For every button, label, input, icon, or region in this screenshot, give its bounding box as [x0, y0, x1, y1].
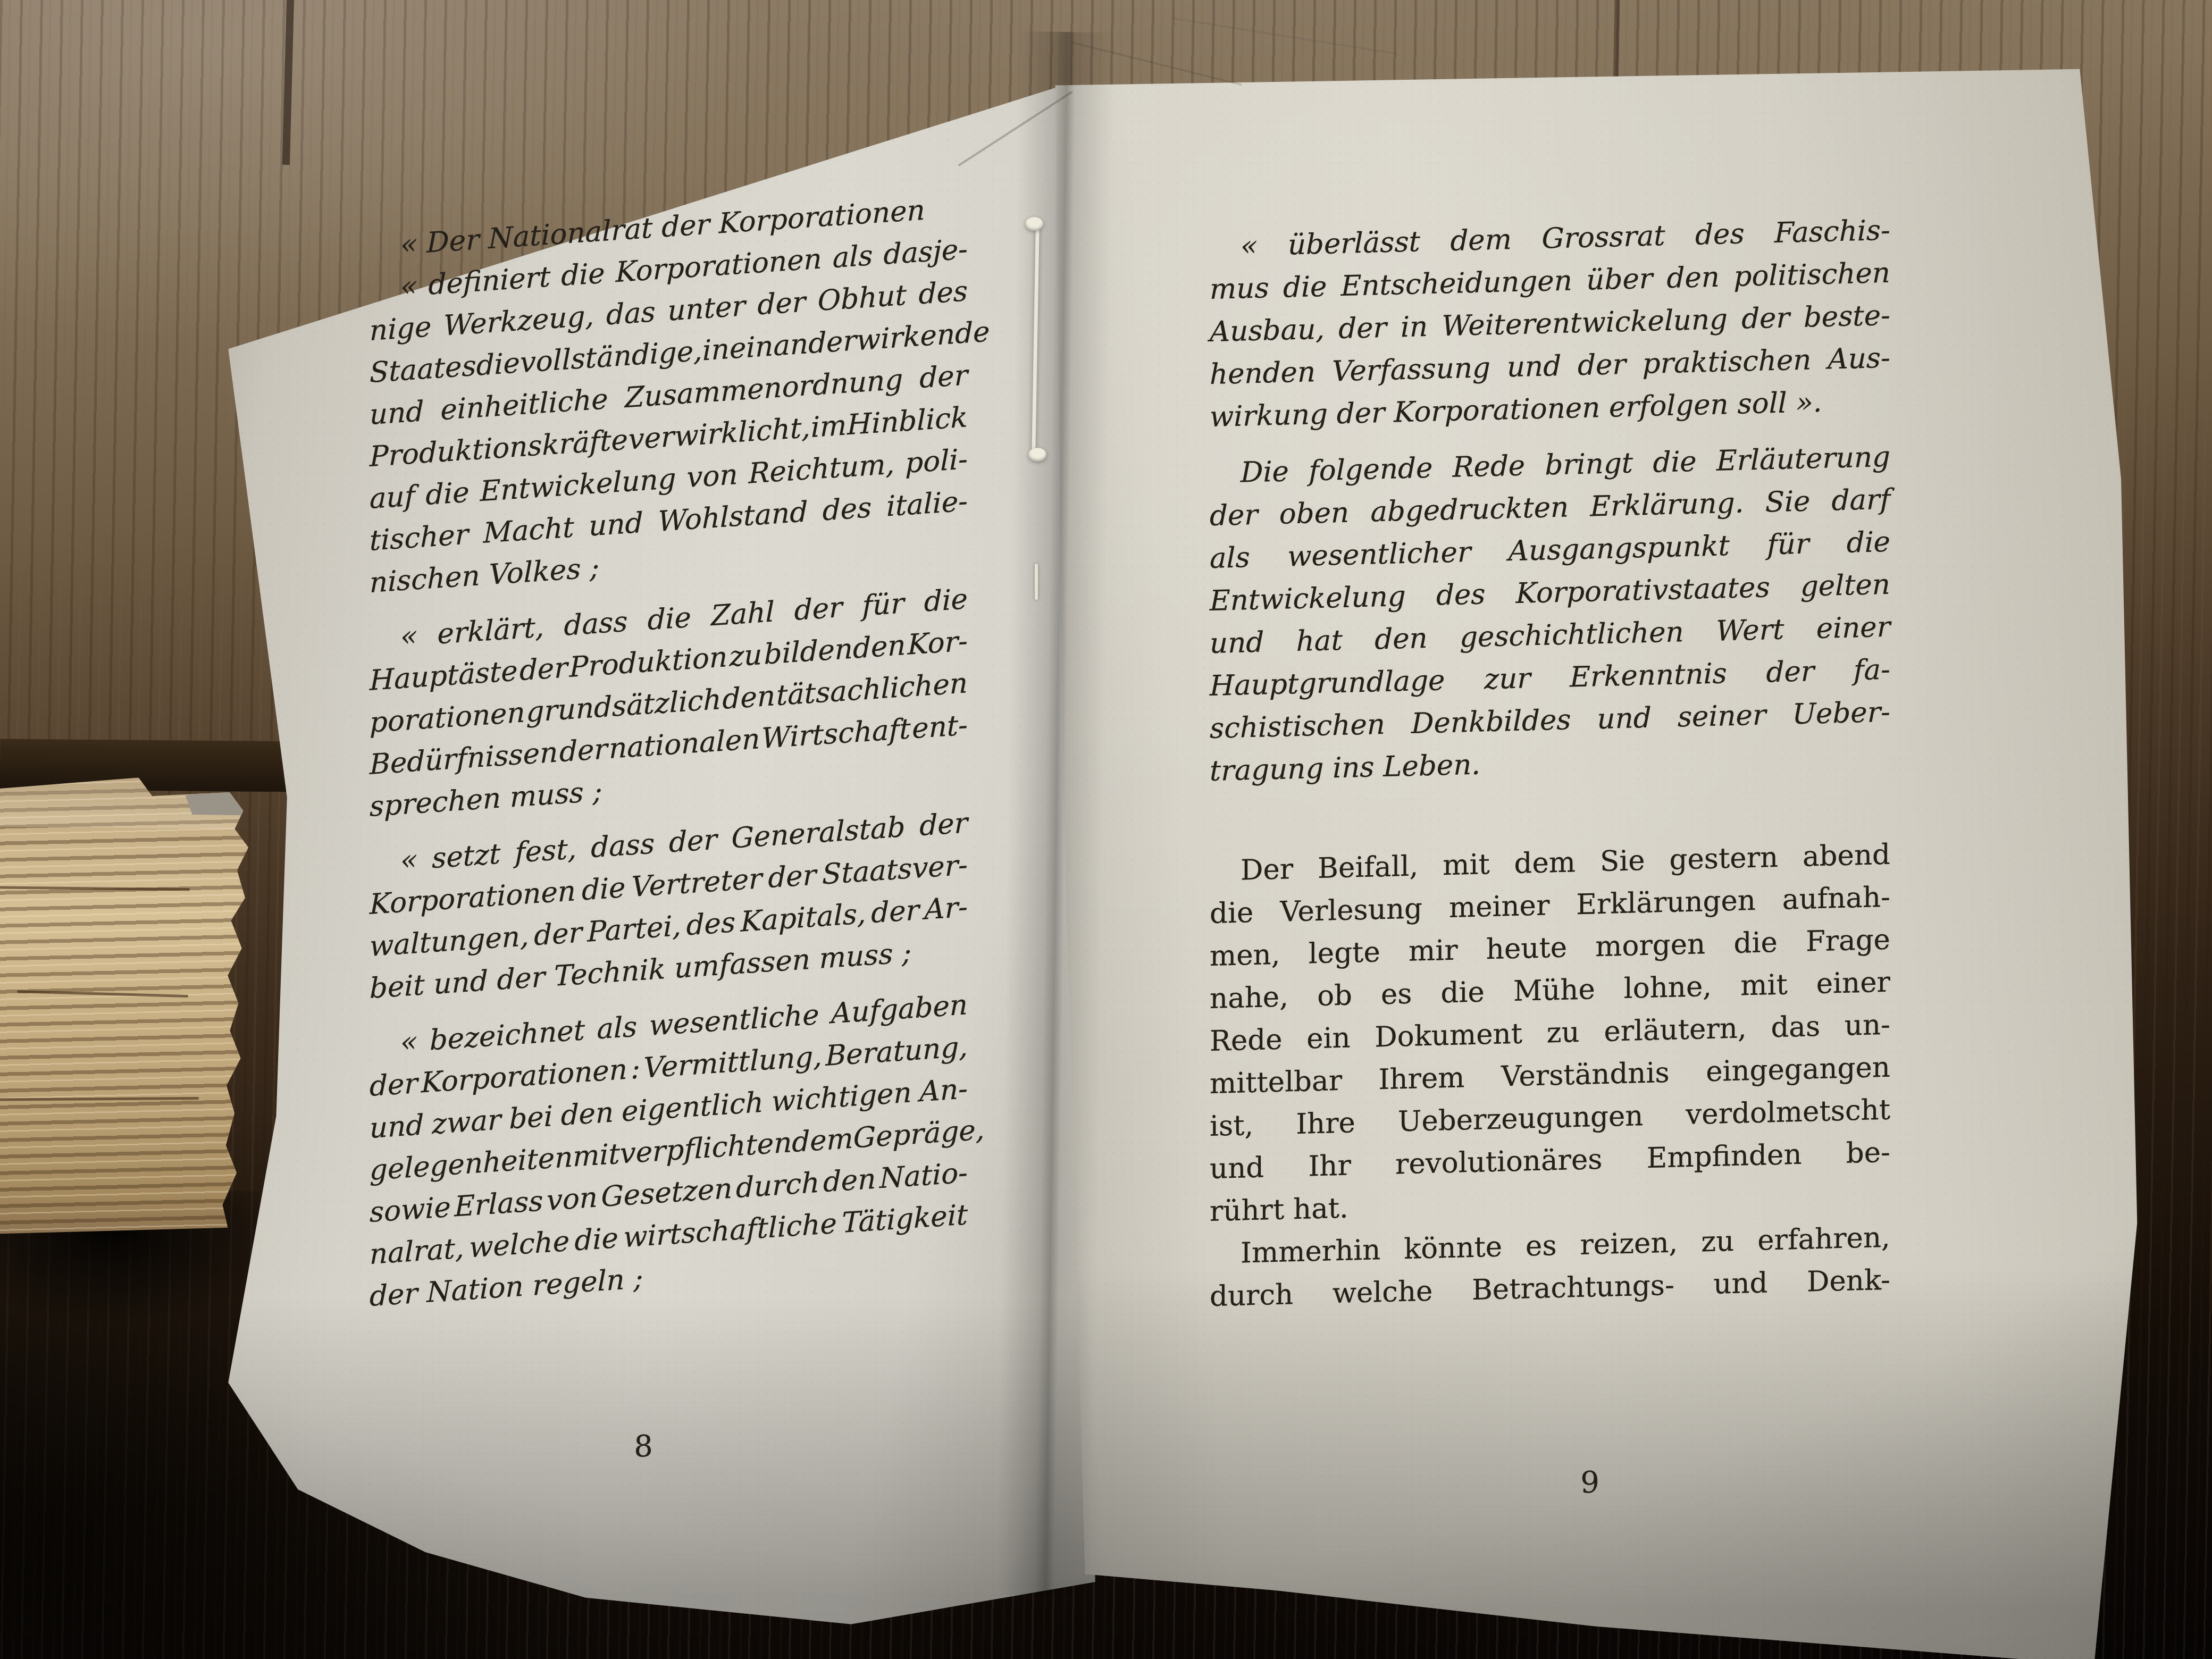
photo-vignette: [0, 0, 2212, 1659]
photo-of-open-book: « Der Nationalrat der Korporationen«defi…: [0, 0, 2212, 1659]
